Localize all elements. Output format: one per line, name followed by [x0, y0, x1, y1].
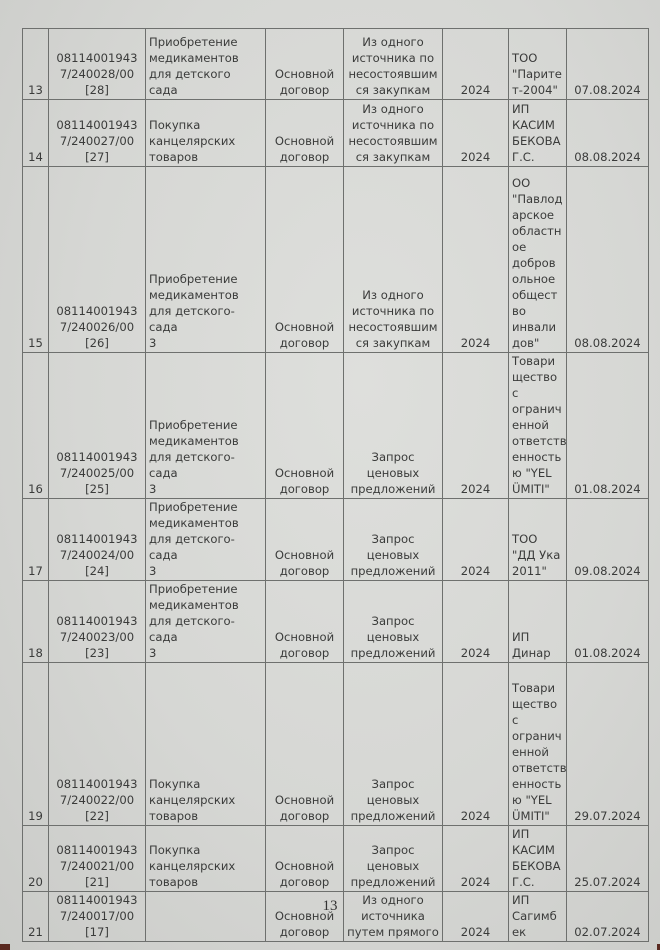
contract-code: 08114001943 7/240022/00 [22] [49, 663, 146, 826]
fiscal-year: 2024 [443, 499, 509, 581]
supplier-name: ИП Динар [509, 581, 567, 663]
row-number: 14 [23, 100, 49, 167]
contract-code: 08114001943 7/240028/00 [28] [49, 29, 146, 100]
supplier-name: ИП КАСИМ БЕКОВА Г.С. [509, 100, 567, 167]
contract-date: 01.08.2024 [567, 581, 649, 663]
contract-type: Основной договор [266, 663, 344, 826]
table-body: 1308114001943 7/240028/00 [28]Приобретен… [23, 29, 649, 942]
contract-date: 08.08.2024 [567, 167, 649, 353]
row-number: 13 [23, 29, 49, 100]
procurement-subject: Покупка канцелярских товаров [146, 663, 266, 826]
table-row: 1408114001943 7/240027/00 [27]Покупка ка… [23, 100, 649, 167]
contract-date: 07.08.2024 [567, 29, 649, 100]
procurement-method: Запрос ценовых предложений [344, 581, 443, 663]
fiscal-year: 2024 [443, 29, 509, 100]
procurement-method: Из одного источника по несостоявшим ся з… [344, 100, 443, 167]
fiscal-year: 2024 [443, 353, 509, 499]
table-row: 2008114001943 7/240021/00 [21]Покупка ка… [23, 826, 649, 892]
procurement-method: Запрос ценовых предложений [344, 353, 443, 499]
procurement-subject: Приобретение медикаментов для детского-с… [146, 353, 266, 499]
row-number: 17 [23, 499, 49, 581]
contracts-table: 1308114001943 7/240028/00 [28]Приобретен… [22, 28, 649, 942]
supplier-name: ТОО "Парите т-2004" [509, 29, 567, 100]
page-number: 13 [0, 898, 660, 915]
supplier-name: ТОО "ДД Ука 2011" [509, 499, 567, 581]
table-row: 1808114001943 7/240023/00 [23]Приобретен… [23, 581, 649, 663]
fiscal-year: 2024 [443, 826, 509, 892]
procurement-subject: Покупка канцелярских товаров [146, 100, 266, 167]
procurement-method: Запрос ценовых предложений [344, 826, 443, 892]
procurement-subject: Покупка канцелярских товаров [146, 826, 266, 892]
procurement-method: Запрос ценовых предложений [344, 499, 443, 581]
fiscal-year: 2024 [443, 663, 509, 826]
contract-type: Основной договор [266, 100, 344, 167]
contract-type: Основной договор [266, 499, 344, 581]
contract-date: 09.08.2024 [567, 499, 649, 581]
fiscal-year: 2024 [443, 100, 509, 167]
table-row: 1908114001943 7/240022/00 [22]Покупка ка… [23, 663, 649, 826]
row-number: 15 [23, 167, 49, 353]
procurement-subject: Приобретение медикаментов для детского-с… [146, 167, 266, 353]
contract-date: 08.08.2024 [567, 100, 649, 167]
fiscal-year: 2024 [443, 167, 509, 353]
contract-code: 08114001943 7/240024/00 [24] [49, 499, 146, 581]
contract-code: 08114001943 7/240027/00 [27] [49, 100, 146, 167]
procurement-subject: Приобретение медикаментов для детского-с… [146, 499, 266, 581]
procurement-subject: Приобретение медикаментов для детского-с… [146, 581, 266, 663]
row-number: 19 [23, 663, 49, 826]
contract-type: Основной договор [266, 167, 344, 353]
contract-type: Основной договор [266, 353, 344, 499]
procurement-method: Запрос ценовых предложений [344, 663, 443, 826]
supplier-name: Товари щество с огранич енной ответств е… [509, 353, 567, 499]
contract-code: 08114001943 7/240025/00 [25] [49, 353, 146, 499]
contract-type: Основной договор [266, 581, 344, 663]
table-row: 1608114001943 7/240025/00 [25]Приобретен… [23, 353, 649, 499]
contract-code: 08114001943 7/240023/00 [23] [49, 581, 146, 663]
table-row: 1508114001943 7/240026/00 [26]Приобретен… [23, 167, 649, 353]
supplier-name: ОО "Павлод арское областн ое добров ольн… [509, 167, 567, 353]
document-page: 1308114001943 7/240028/00 [28]Приобретен… [0, 0, 660, 950]
supplier-name: ИП КАСИМ БЕКОВА Г.С. [509, 826, 567, 892]
contract-code: 08114001943 7/240026/00 [26] [49, 167, 146, 353]
fiscal-year: 2024 [443, 581, 509, 663]
contract-date: 01.08.2024 [567, 353, 649, 499]
contract-date: 29.07.2024 [567, 663, 649, 826]
row-number: 16 [23, 353, 49, 499]
procurement-method: Из одного источника по несостоявшим ся з… [344, 29, 443, 100]
row-number: 20 [23, 826, 49, 892]
row-number: 18 [23, 581, 49, 663]
contract-date: 25.07.2024 [567, 826, 649, 892]
table-row: 1708114001943 7/240024/00 [24]Приобретен… [23, 499, 649, 581]
procurement-subject: Приобретение медикаментов для детского с… [146, 29, 266, 100]
photo-edge-mark [0, 944, 10, 950]
contract-type: Основной договор [266, 29, 344, 100]
contract-code: 08114001943 7/240021/00 [21] [49, 826, 146, 892]
supplier-name: Товари щество с огранич енной ответств е… [509, 663, 567, 826]
contract-type: Основной договор [266, 826, 344, 892]
table-row: 1308114001943 7/240028/00 [28]Приобретен… [23, 29, 649, 100]
procurement-method: Из одного источника по несостоявшим ся з… [344, 167, 443, 353]
